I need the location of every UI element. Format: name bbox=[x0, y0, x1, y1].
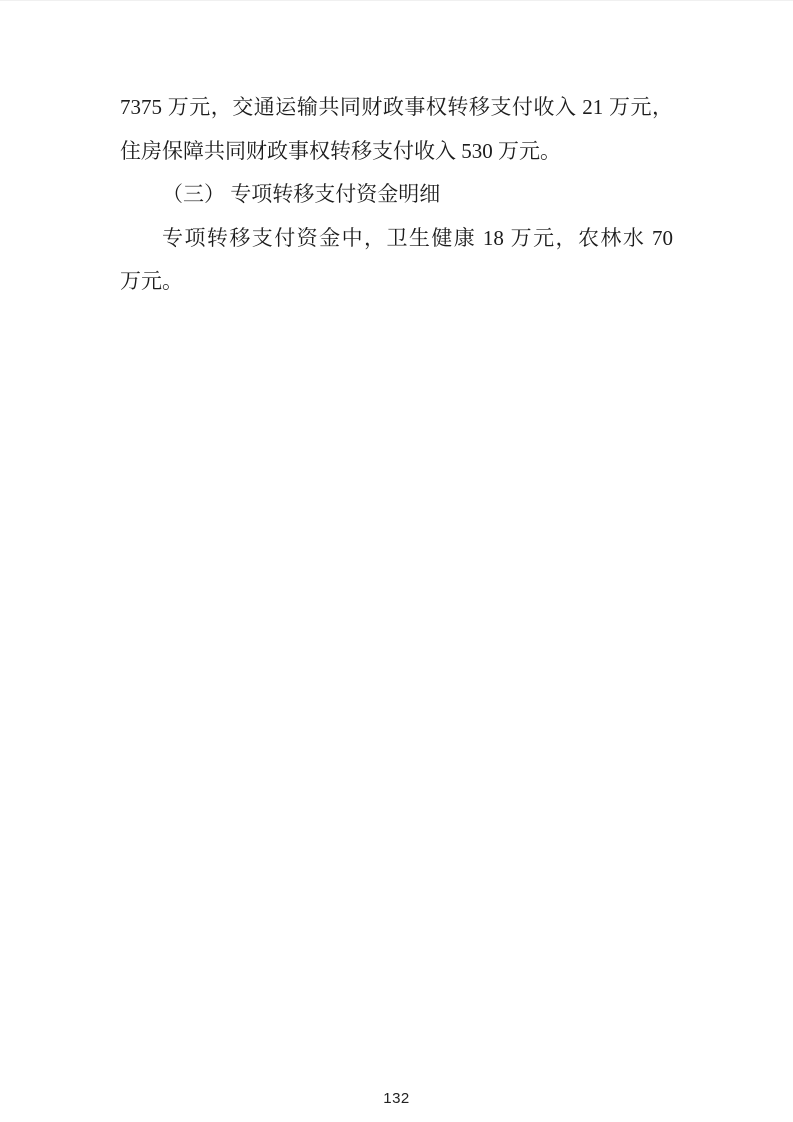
paragraph-end-line-2: 万元。 bbox=[120, 260, 673, 304]
paragraph-continuation-line: 7375 万元，交通运输共同财政事权转移支付收入 21 万元， bbox=[120, 86, 673, 130]
document-page: 7375 万元，交通运输共同财政事权转移支付收入 21 万元， 住房保障共同财政… bbox=[0, 0, 793, 1122]
page-footer: 132 bbox=[0, 1090, 793, 1108]
paragraph-line: 专项转移支付资金中，卫生健康 18 万元，农林水 70 bbox=[120, 217, 673, 261]
document-text: 7375 万元，交通运输共同财政事权转移支付收入 21 万元， 住房保障共同财政… bbox=[120, 86, 673, 304]
paragraph-end-line: 住房保障共同财政事权转移支付收入 530 万元。 bbox=[120, 130, 673, 174]
section-heading: （三） 专项转移支付资金明细 bbox=[120, 173, 673, 217]
page-number: 132 bbox=[383, 1090, 410, 1107]
